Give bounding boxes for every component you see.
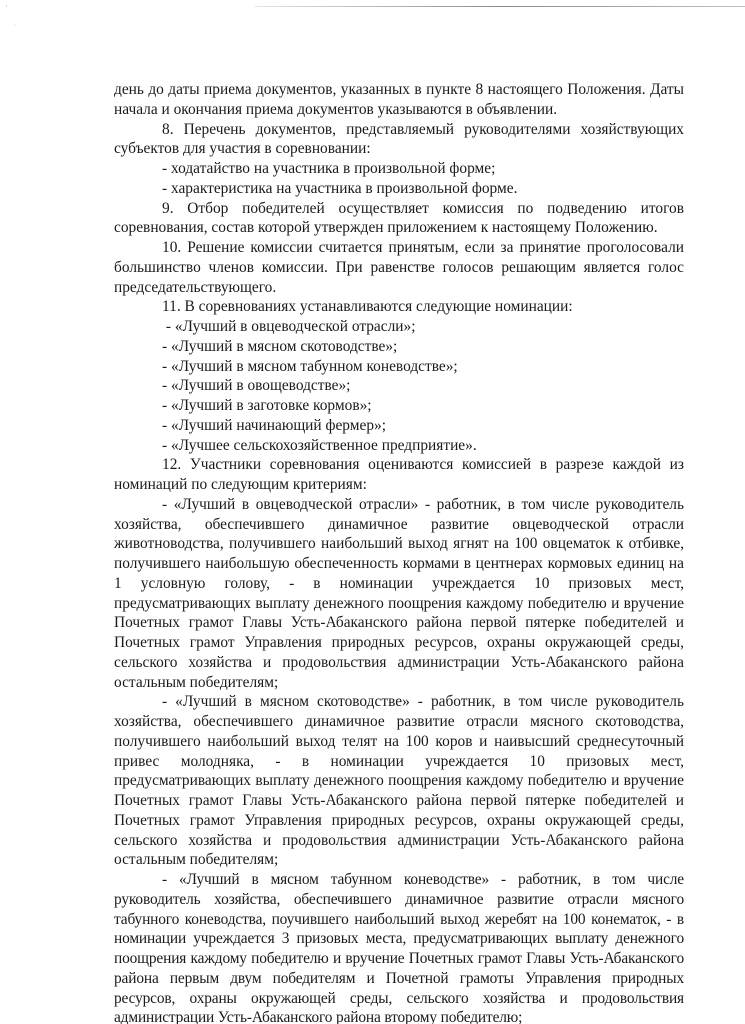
scan-artifact-line xyxy=(255,6,745,7)
scan-speck: ˑ xyxy=(14,22,16,30)
criteria-sheep: - «Лучший в овцеводческой отрасли» - раб… xyxy=(114,495,684,693)
paragraph-continuation: день до даты приема документов, указанны… xyxy=(114,80,684,120)
list-item-petition: - ходатайство на участника в произвольно… xyxy=(114,159,684,179)
paragraph-12-criteria: 12. Участники соревнования оцениваются к… xyxy=(114,455,684,495)
criteria-beef-cattle: - «Лучший в мясном скотоводстве» - работ… xyxy=(114,692,684,870)
criteria-horse-breeding: - «Лучший в мясном табунном коневодстве»… xyxy=(114,870,684,1024)
list-item-reference: - характеристика на участника в произвол… xyxy=(114,179,684,199)
nomination-beef-cattle: - «Лучший в мясном скотоводстве»; xyxy=(114,337,684,357)
nomination-best-enterprise: - «Лучшее сельскохозяйственное предприят… xyxy=(114,436,684,456)
paragraph-8-documents-list: 8. Перечень документов, представляемый р… xyxy=(114,120,684,160)
paragraph-11-nominations: 11. В соревнованиях устанавливаются след… xyxy=(114,297,684,317)
paragraph-10-decision: 10. Решение комиссии считается принятым,… xyxy=(114,238,684,297)
nomination-feed: - «Лучший в заготовке кормов»; xyxy=(114,396,684,416)
nomination-beginner-farmer: - «Лучший начинающий фермер»; xyxy=(114,416,684,436)
nomination-horse-breeding: - «Лучший в мясном табунном коневодстве»… xyxy=(114,357,684,377)
nomination-sheep: - «Лучший в овцеводческой отрасли»; xyxy=(114,317,684,337)
nomination-vegetables: - «Лучший в овощеводстве»; xyxy=(114,376,684,396)
document-page: день до даты приема документов, указанны… xyxy=(114,80,684,1024)
scan-speck: ' xyxy=(6,4,7,12)
paragraph-9-selection: 9. Отбор победителей осуществляет комисс… xyxy=(114,199,684,239)
